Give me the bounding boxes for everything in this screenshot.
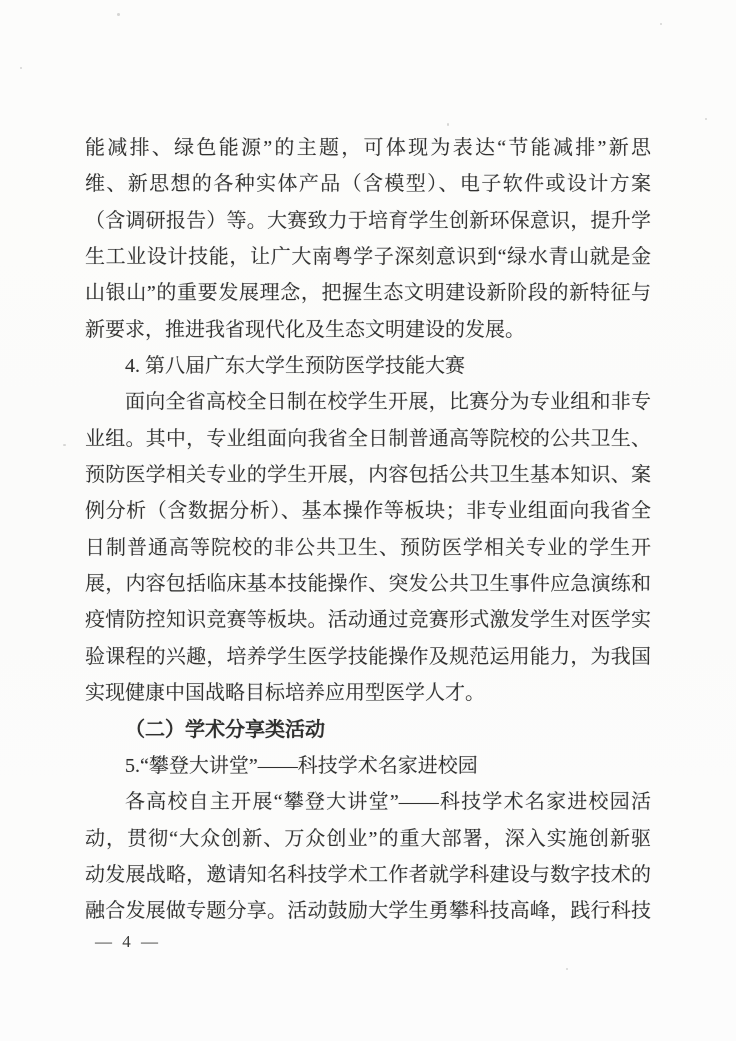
scan-speckle [20,67,22,69]
text-line: 融合发展做专题分享。活动鼓励大学生勇攀科技高峰，践行科技 [85,893,651,929]
scan-speckle [117,13,120,16]
text-line: 5.“攀登大讲堂”——科技学术名家进校园 [85,748,651,784]
text-line: 验课程的兴趣，培养学生医学技能操作及规范运用能力，为我国 [85,639,651,675]
scan-speckle [63,444,66,446]
text-line: 能减排、绿色能源”的主题，可体现为表达“节能减排”新思 [85,130,651,166]
text-line: 各高校自主开展“攀登大讲堂”——科技学术名家进校园活 [85,784,651,820]
text-line: 维、新思想的各种实体产品（含模型）、电子软件或设计方案 [85,166,651,202]
text-line: 例分析（含数据分析）、基本操作等板块；非专业组面向我省全 [85,493,651,529]
text-line: 山银山”的重要发展理念，把握生态文明建设新阶段的新特征与 [85,275,651,311]
text-line: 动，贯彻“大众创新、万众创业”的重大部署，深入实施创新驱 [85,821,651,857]
text-line: 4. 第八届广东大学生预防医学技能大赛 [85,348,651,384]
text-line: 面向全省高校全日制在校学生开展，比赛分为专业组和非专 [85,384,651,420]
text-line: 业组。其中，专业组面向我省全日制普通高等院校的公共卫生、 [85,421,651,457]
text-line: 展，内容包括临床基本技能操作、突发公共卫生事件应急演练和 [85,566,651,602]
scan-speckle [566,968,568,970]
text-line: 预防医学相关专业的学生开展，内容包括公共卫生基本知识、案 [85,457,651,493]
text-line: 实现健康中国战略目标培养应用型医学人才。 [85,675,651,711]
document-body-text: 能减排、绿色能源”的主题，可体现为表达“节能减排”新思维、新思想的各种实体产品（… [85,130,651,930]
scan-speckle [447,123,449,126]
text-line: （含调研报告）等。大赛致力于培育学生创新环保意识，提升学 [85,203,651,239]
text-line: 新要求，推进我省现代化及生态文明建设的发展。 [85,312,651,348]
scan-speckle [705,118,707,120]
text-line: 疫情防控知识竞赛等板块。活动通过竞赛形式激发学生对医学实 [85,602,651,638]
text-line: 动发展战略，邀请知名科技学术工作者就学科建设与数字技术的 [85,857,651,893]
page-number-footer: — 4 — [95,932,161,952]
text-line: 生工业设计技能，让广大南粤学子深刻意识到“绿水青山就是金 [85,239,651,275]
scanned-document-page: 能减排、绿色能源”的主题，可体现为表达“节能减排”新思维、新思想的各种实体产品（… [0,0,736,1041]
scan-speckle [660,23,662,25]
text-line: （二）学术分享类活动 [85,712,651,748]
text-line: 日制普通高等院校的非公共卫生、预防医学相关专业的学生开 [85,530,651,566]
